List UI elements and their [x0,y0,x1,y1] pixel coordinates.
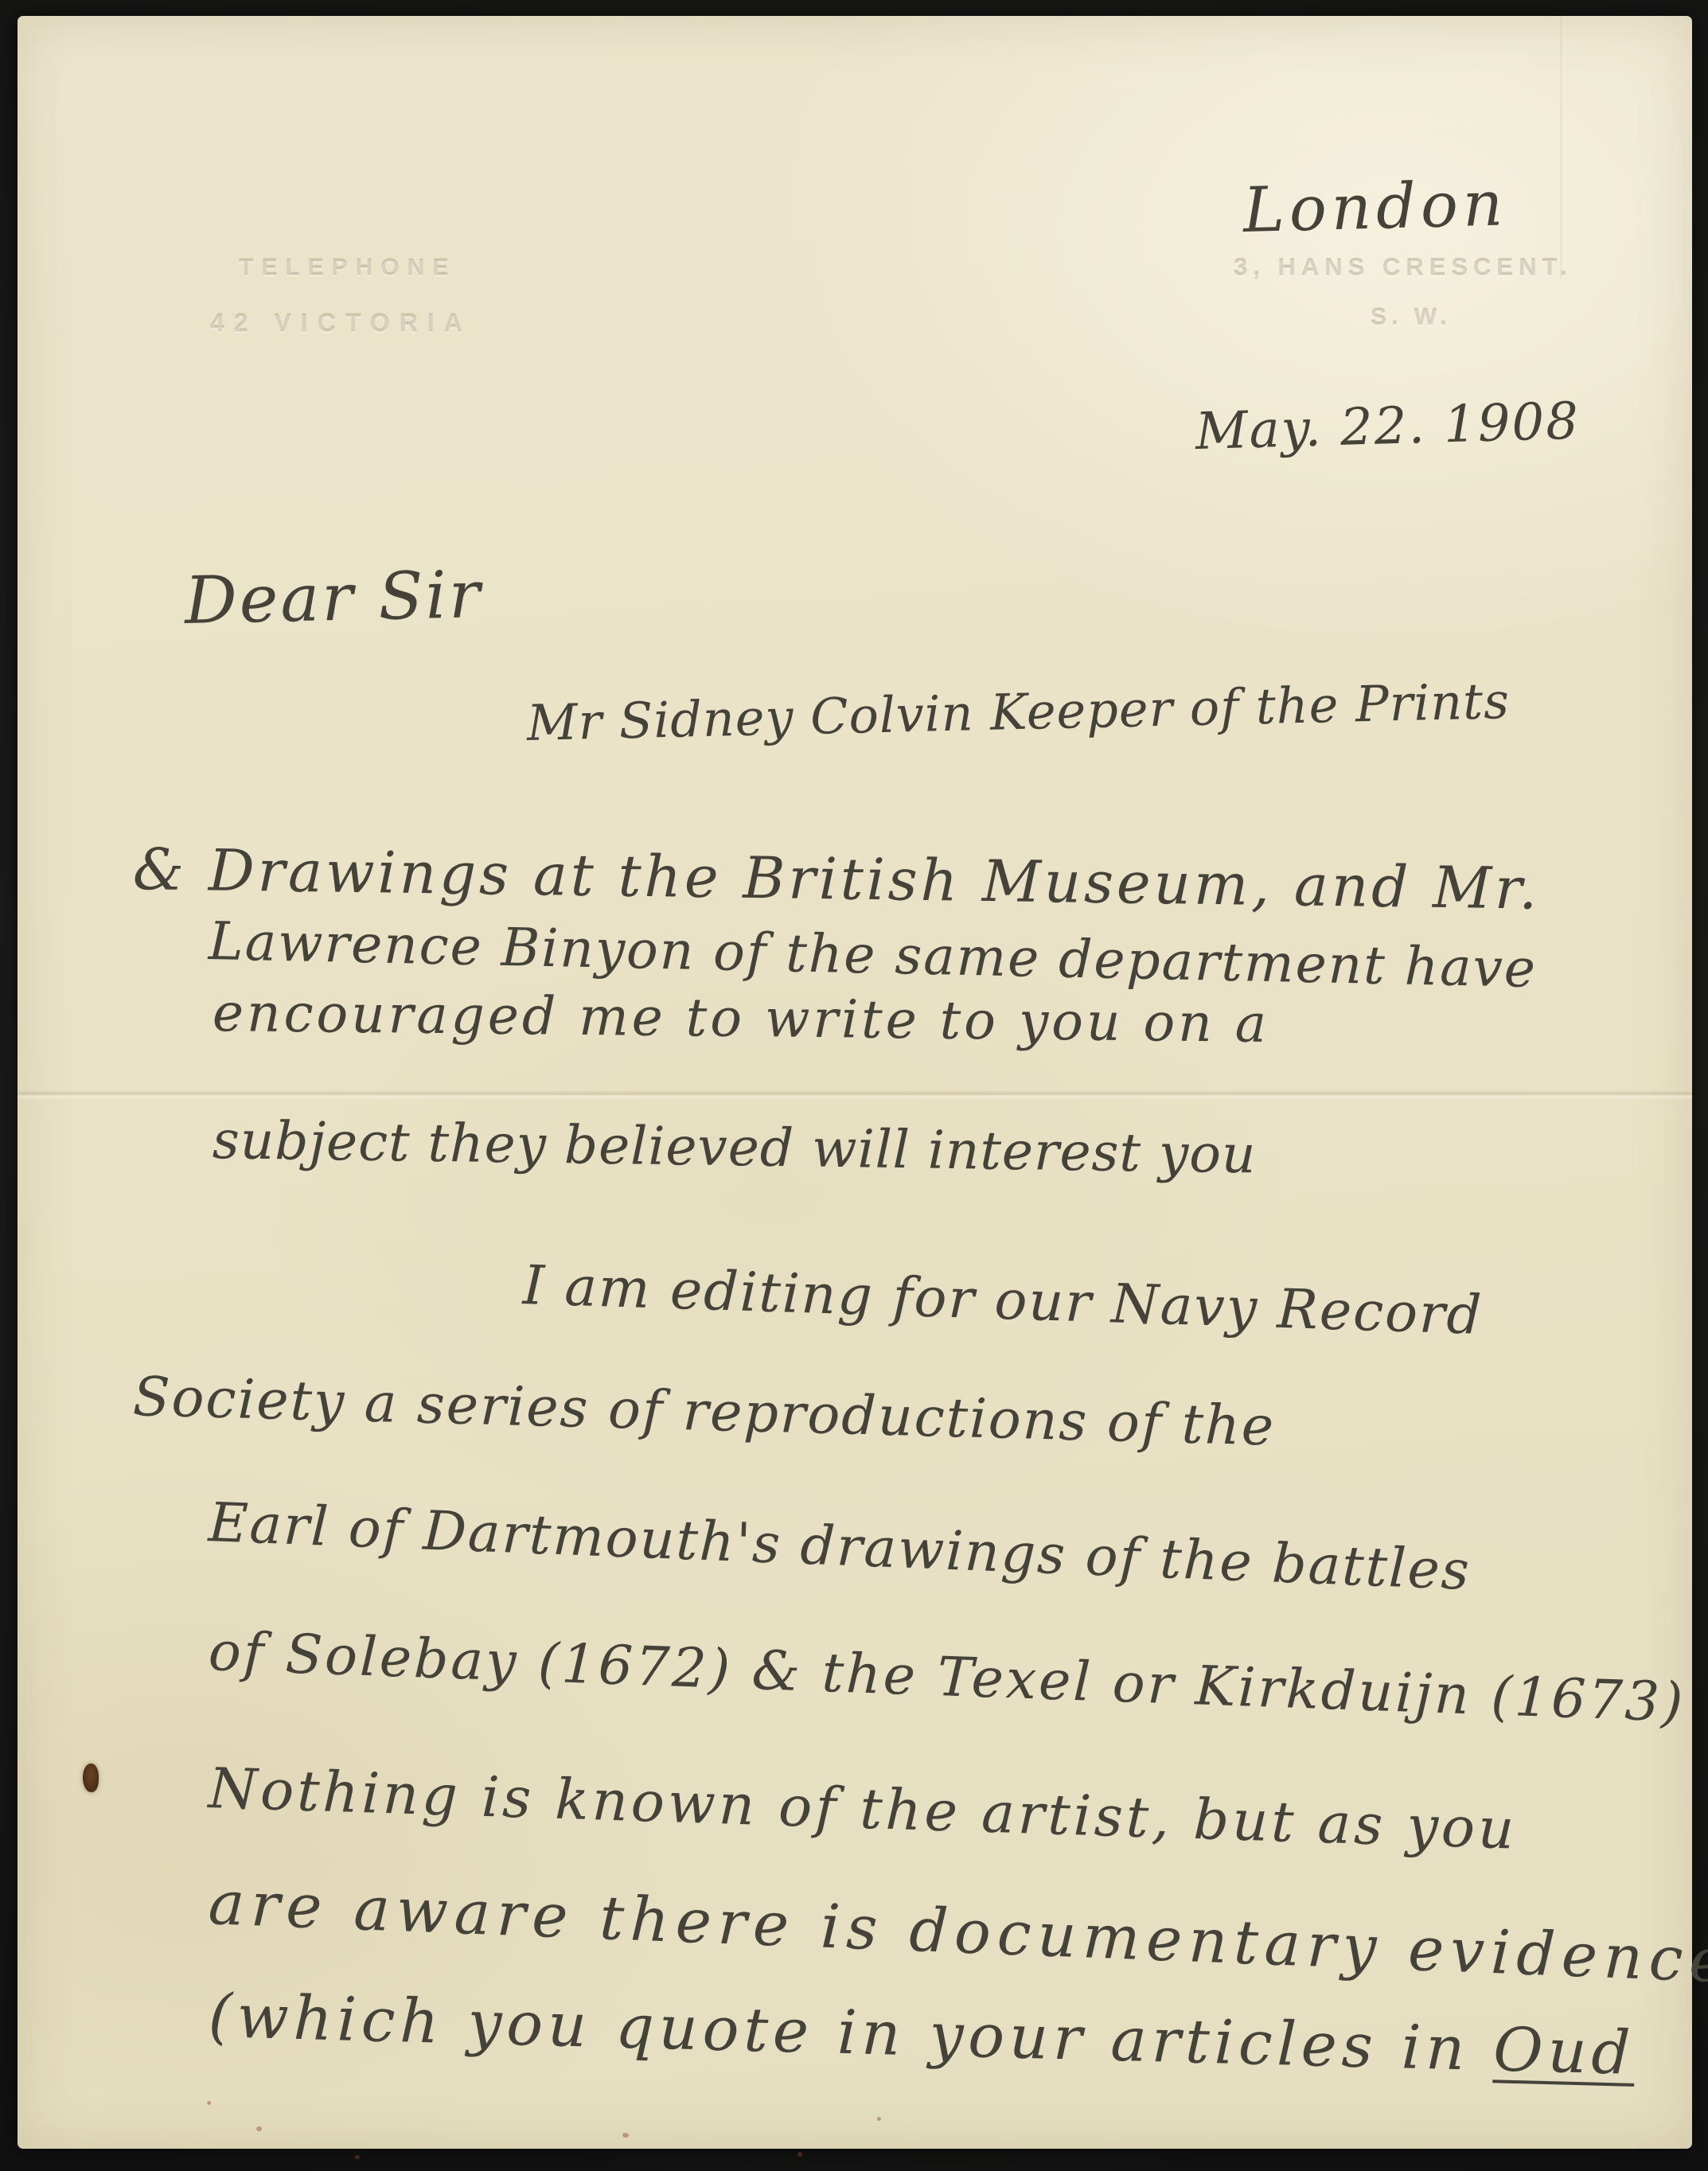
stain-speck [877,2117,881,2121]
letter-date: May. 22. 1908 [1195,392,1581,462]
stain-speck [355,2155,360,2159]
stain-speck [256,2126,262,2131]
handwritten-line: Society a series of reproductions of the [132,1366,1276,1459]
embossed-telephone-number: 42 VICTORIA [210,309,472,338]
handwritten-line: subject they believed will interest you [212,1109,1257,1185]
handwritten-line: Earl of Dartmouth's drawings of the batt… [207,1491,1472,1603]
embossed-telephone-label: TELEPHONE [239,255,456,282]
embossed-address: 3, HANS CRESCENT. [1234,253,1573,282]
handwritten-line: I am editing for our Navy Record [522,1254,1484,1347]
handwritten-line: encouraged me to write to you on a [213,982,1270,1054]
stain-speck [622,2133,629,2138]
fold-crease [18,1090,1692,1100]
stain-speck [207,2101,211,2105]
handwritten-line: & Drawings at the British Museum, and Mr… [132,836,1541,922]
scan-background: TELEPHONE 42 VICTORIA London 3, HANS CRE… [0,0,1708,2171]
handwritten-city: London [1242,168,1508,247]
stain-speck [797,2152,802,2157]
handwritten-line: Nothing is known of the artist, but as y… [208,1756,1519,1862]
handwritten-line: are aware there is documentary evidence [207,1867,1708,1996]
ink-spot [83,1764,99,1792]
vertical-crease [1560,16,1563,279]
embossed-district: S. W. [1371,304,1452,331]
handwritten-line: (which you quote in your articles in Oud [208,1980,1636,2088]
salutation: Dear Sir [184,557,483,639]
handwritten-line-text: (which you quote in your articles in [208,1980,1495,2084]
handwritten-line: Mr Sidney Colvin Keeper of the Prints [526,672,1510,752]
underlined-journal-name: Oud [1492,2013,1636,2088]
handwritten-line: of Solebay (1672) & the Texel or Kirkdui… [208,1620,1687,1735]
letter-paper: TELEPHONE 42 VICTORIA London 3, HANS CRE… [18,16,1692,2149]
